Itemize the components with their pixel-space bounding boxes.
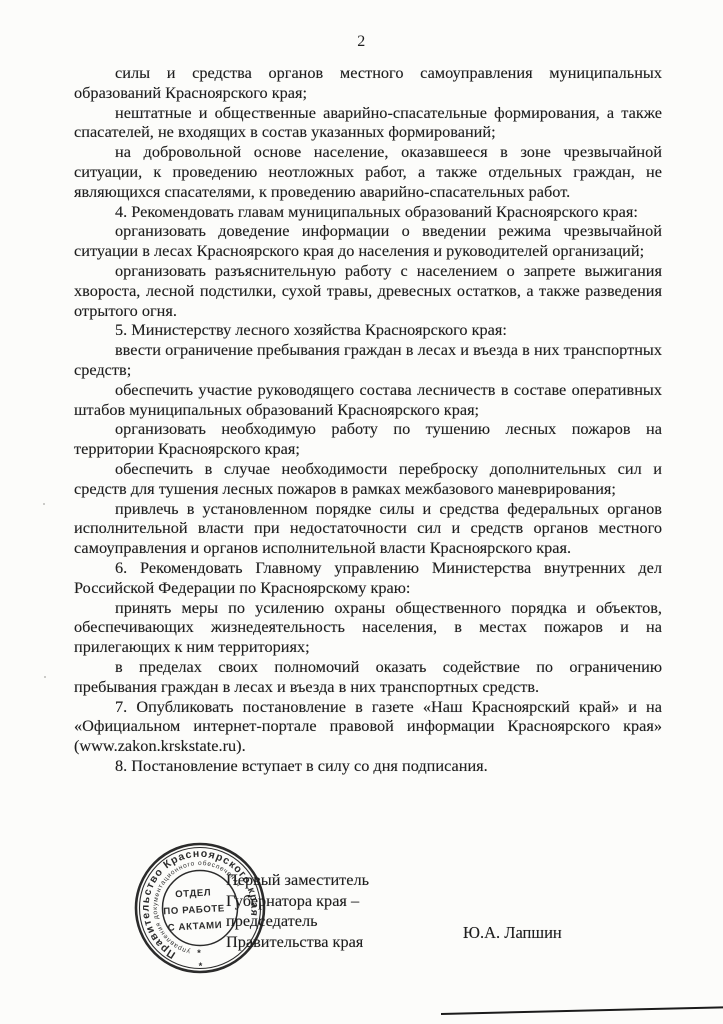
signatory-title-line: председатель [226, 911, 416, 932]
paragraph: 8. Постановление вступает в силу со дня … [74, 756, 662, 776]
paragraph: привлечь в установленном порядке силы и … [74, 499, 662, 558]
paragraph: на добровольной основе население, оказав… [74, 142, 662, 201]
signatory-title-line: Правительства края [226, 932, 416, 953]
paragraph: организовать необходимую работу по тушен… [74, 419, 662, 459]
scan-speck [43, 503, 45, 505]
paragraph: 5. Министерству лесного хозяйства Красно… [74, 320, 662, 340]
paragraph: организовать разъяснительную работу с на… [74, 261, 662, 320]
paragraph: 4. Рекомендовать главам муниципальных об… [74, 202, 662, 222]
svg-text:С АКТАМИ: С АКТАМИ [167, 920, 222, 934]
paragraph: 6. Рекомендовать Главному управлению Мин… [74, 558, 662, 598]
paragraph: обеспечить в случае необходимости перебр… [74, 459, 662, 499]
svg-text:ПО РАБОТЕ: ПО РАБОТЕ [163, 903, 225, 917]
svg-text:ОТДЕЛ: ОТДЕЛ [175, 887, 212, 900]
signatory-title-line: Первый заместитель [226, 870, 416, 891]
page-number: 2 [0, 33, 723, 51]
paragraph: нештатные и общественные аварийно-спасат… [74, 103, 662, 143]
paragraph: 7. Опубликовать постановление в газете «… [74, 697, 662, 756]
paragraph: в пределах своих полномочий оказать соде… [74, 657, 662, 697]
scan-artifact-line [441, 1006, 723, 1014]
stamp-star-inner: * [197, 948, 201, 959]
stamp-center-text: ОТДЕЛ ПО РАБОТЕ С АКТАМИ [162, 887, 226, 934]
paragraph: ввести ограничение пребывания граждан в … [74, 340, 662, 380]
signatory-title: Первый заместительГубернатора края –пред… [226, 870, 416, 952]
paragraph: принять меры по усилению охраны обществе… [74, 598, 662, 657]
document-body: силы и средства органов местного самоупр… [74, 63, 662, 776]
document-page: 2 силы и средства органов местного самоу… [0, 0, 723, 1024]
signatory-title-line: Губернатора края – [226, 891, 416, 912]
signatory-name: Ю.А. Лапшин [463, 923, 562, 943]
stamp-star-outer: * [199, 961, 203, 972]
scan-speck [44, 676, 46, 678]
paragraph: организовать доведение информации о введ… [74, 221, 662, 261]
paragraph: силы и средства органов местного самоупр… [74, 63, 662, 103]
paragraph: обеспечить участие руководящего состава … [74, 380, 662, 420]
